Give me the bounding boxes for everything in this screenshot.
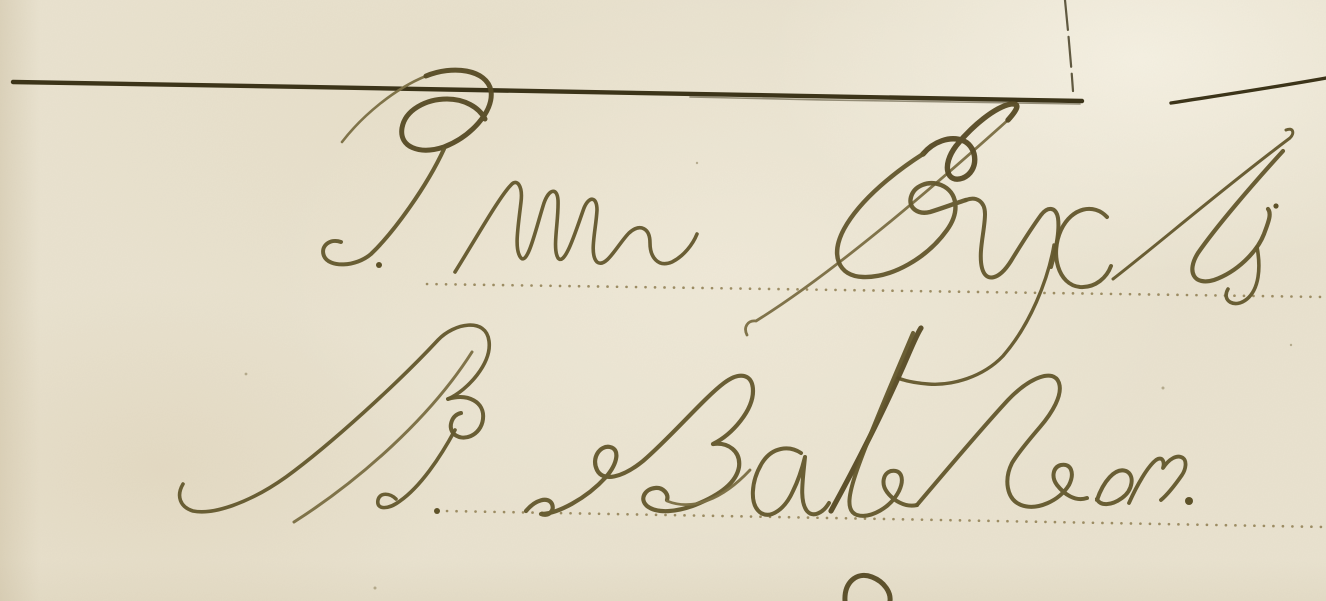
sig1-k-finishing-dot (1273, 203, 1278, 208)
signature-canvas (0, 0, 1326, 601)
paper-speck (374, 587, 377, 590)
sig1-initial-period (376, 262, 382, 268)
sig2-R-period (434, 508, 440, 514)
sig2-final-period (1185, 497, 1193, 505)
paper-speck (1290, 344, 1292, 346)
document-page: P. van Eyck R. Bakker. (0, 0, 1326, 601)
paper-speck (1162, 387, 1165, 390)
paper-speck (245, 373, 248, 376)
paper-speck (696, 162, 698, 164)
